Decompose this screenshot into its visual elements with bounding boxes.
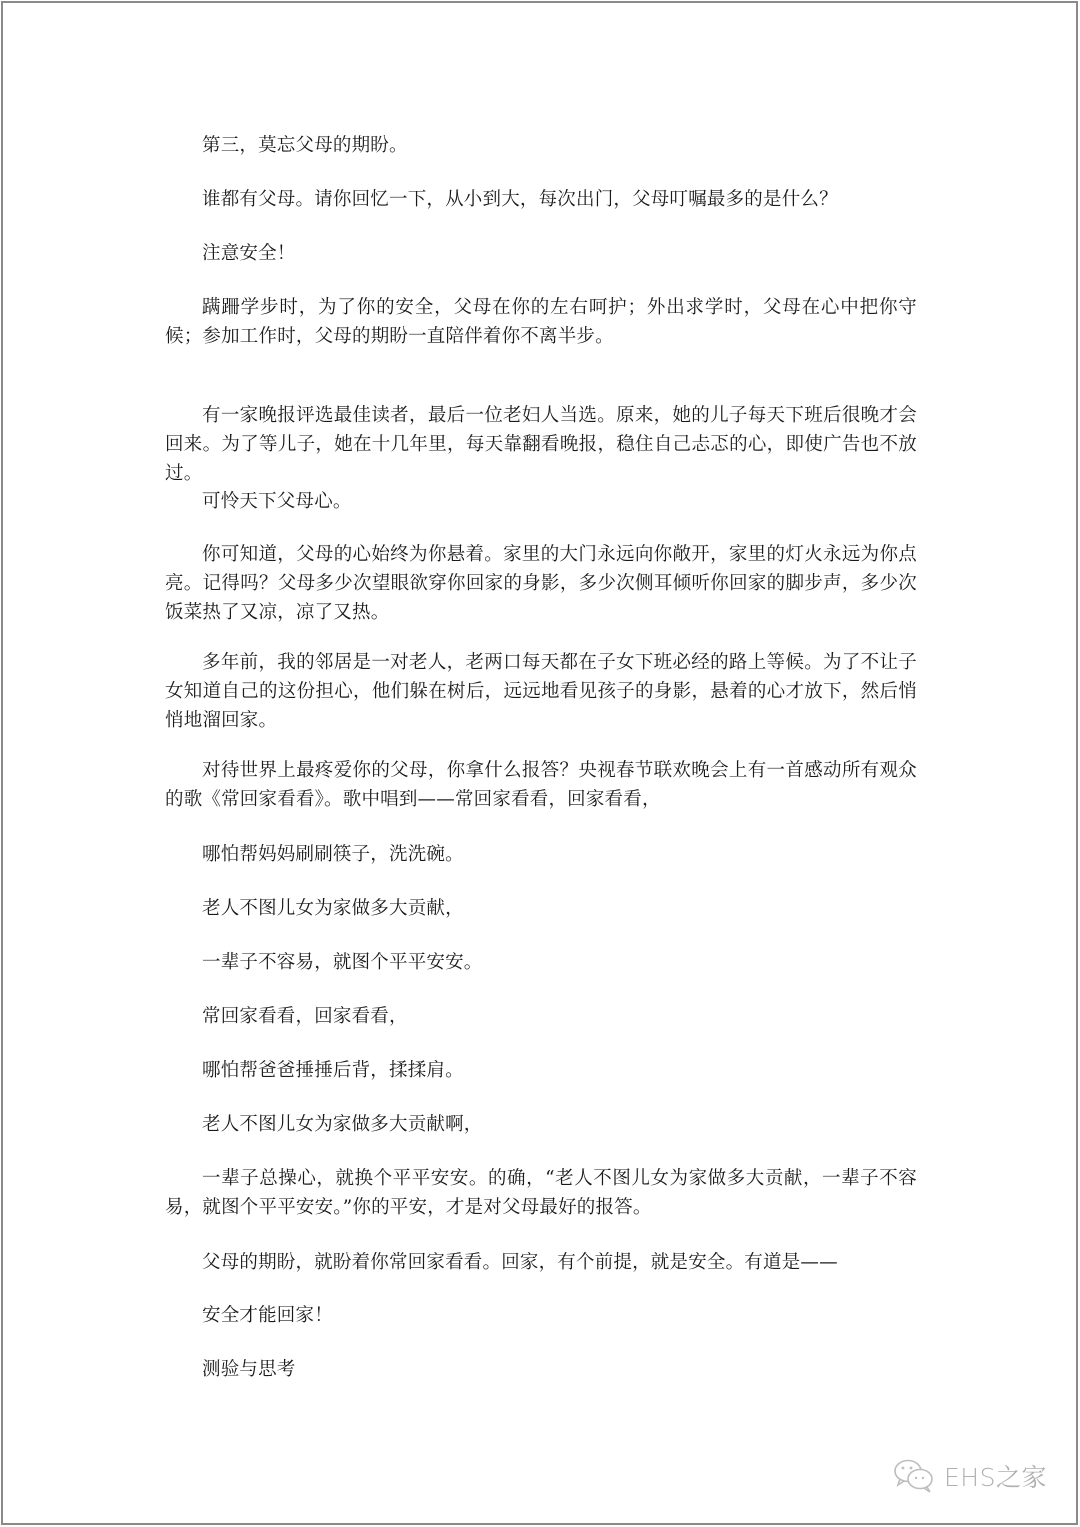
watermark-text: EHS之家 xyxy=(944,1458,1047,1494)
watermark: EHS之家 xyxy=(892,1456,1047,1496)
paragraph: 谁都有父母。请你回忆一下，从小到大，每次出门，父母叮嘱最多的是什么？ xyxy=(165,185,917,214)
paragraph: 父母的期盼，就盼着你常回家看看。回家，有个前提，就是安全。有道是—— xyxy=(165,1248,917,1277)
paragraph: 多年前，我的邻居是一对老人，老两口每天都在子女下班必经的路上等候。为了不让子女知… xyxy=(165,648,917,735)
paragraph: 蹒跚学步时，为了你的安全，父母在你的左右呵护；外出求学时，父母在心中把你守候；参… xyxy=(165,293,917,351)
song-lyric-line: 一辈子不容易，就图个平平安安。 xyxy=(165,948,917,977)
paragraph: 对待世界上最疼爱你的父母，你拿什么报答？央视春节联欢晚会上有一首感动所有观众的歌… xyxy=(165,756,917,814)
paragraph: 一辈子总操心，就换个平平安安。的确，“老人不图儿女为家做多大贡献，一辈子不容易，… xyxy=(165,1164,917,1222)
paragraph: 可怜天下父母心。 xyxy=(165,487,917,516)
paragraph: 注意安全！ xyxy=(165,239,917,268)
paragraph: 有一家晚报评选最佳读者，最后一位老妇人当选。原来，她的儿子每天下班后很晚才会回来… xyxy=(165,401,917,488)
paragraph: 你可知道，父母的心始终为你悬着。家里的大门永远向你敞开，家里的灯火永远为你点亮。… xyxy=(165,540,917,627)
song-lyric-line: 老人不图儿女为家做多大贡献， xyxy=(165,894,917,923)
slogan: 安全才能回家！ xyxy=(165,1301,917,1330)
song-lyric-line: 老人不图儿女为家做多大贡献啊， xyxy=(165,1110,917,1139)
song-lyric-line: 哪怕帮妈妈刷刷筷子，洗洗碗。 xyxy=(165,840,917,869)
wechat-icon xyxy=(892,1458,936,1494)
song-lyric-line: 哪怕帮爸爸捶捶后背，揉揉肩。 xyxy=(165,1056,917,1085)
section-heading-quiz: 测验与思考 xyxy=(165,1355,917,1384)
paragraph: 第三，莫忘父母的期盼。 xyxy=(165,131,917,160)
song-lyric-line: 常回家看看，回家看看， xyxy=(165,1002,917,1031)
